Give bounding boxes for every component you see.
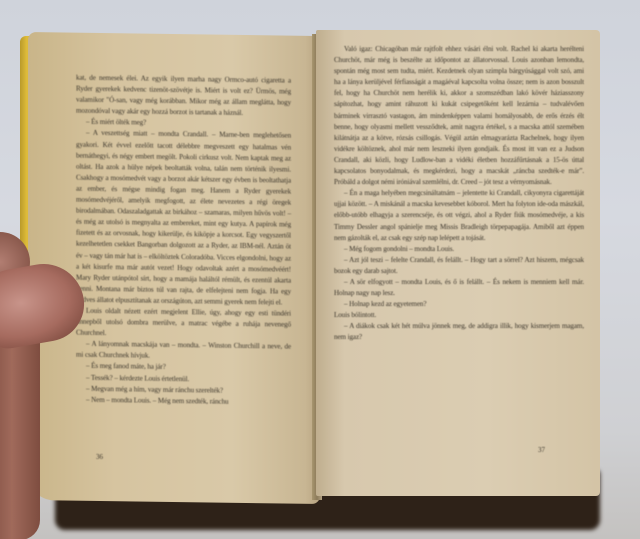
- paragraph: Való igaz: Chicagóban már rajtfolt ehhez…: [334, 44, 584, 188]
- photo-scene: kat, de nemesek élei. Az egyik ilyen mar…: [0, 0, 640, 539]
- page-number: 36: [96, 453, 103, 461]
- paragraph: Louis bólintott.: [334, 310, 584, 321]
- paragraph: – A veszettség miatt – mondta Crandall. …: [76, 128, 291, 309]
- page-number: 37: [538, 446, 545, 454]
- paragraph: – Én a maga helyében megcsináltatnám – j…: [334, 188, 584, 243]
- paragraph: – A sör elfogyott – mondta Louis, és ő i…: [334, 277, 584, 299]
- paragraph: – A lányomnak macskája van – mondta. – W…: [76, 339, 291, 364]
- right-page-text: Való igaz: Chicagóban már rajtfolt ehhez…: [334, 44, 584, 344]
- hand-palm: [0, 320, 40, 539]
- paragraph: – Még fogom gondolni – mondta Louis.: [334, 244, 584, 255]
- left-page-text: kat, de nemesek élei. Az egyik ilyen mar…: [76, 73, 291, 409]
- right-page: Való igaz: Chicagóban már rajtfolt ehhez…: [316, 30, 600, 496]
- paragraph: – Azt jól teszi – felelte Crandall, és f…: [334, 255, 584, 277]
- paragraph: Louis oldalt nézett ezért megjelent Elli…: [76, 306, 291, 342]
- paragraph: – A diákok csak két hét múlva jönnek meg…: [334, 321, 584, 343]
- paragraph: kat, de nemesek élei. Az egyik ilyen mar…: [76, 73, 291, 120]
- paragraph: – Nem – mondta Louis. – Még nem szedték,…: [76, 394, 291, 408]
- left-page: kat, de nemesek élei. Az egyik ilyen mar…: [28, 32, 320, 504]
- paragraph: – Holnap kezd az egyetemen?: [334, 299, 584, 310]
